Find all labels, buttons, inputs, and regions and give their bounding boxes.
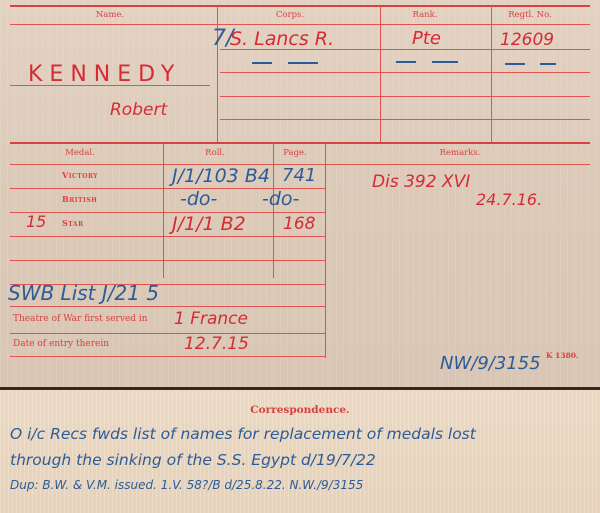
row-line-2 [220,72,590,73]
page-victory: 741 [282,165,316,186]
medal-star-label: Star [62,218,84,228]
medal-section-border [10,142,590,144]
remarks-line-2: 24.7.16. [476,190,542,209]
theatre-value: 1 France [174,309,248,329]
correspondence-line-1: O i/c Recs fwds list of names for replac… [10,425,476,443]
header-remarks: Remarks. [330,148,590,158]
corps-value: S. Lancs R. [230,28,334,50]
header-page: Page. [270,148,320,158]
header-regt-no: Regtl. No. [485,10,575,20]
rank-value: Pte [412,28,441,49]
medal-british-label: British [62,194,97,204]
ditto-mark-rank-2 [432,61,458,63]
medal-row-line-2 [10,212,325,213]
correspondence-section: Correspondence. O i/c Recs fwds list of … [0,387,600,513]
medal-star-prefix: 15 [26,212,46,231]
date-entry-value: 12.7.15 [184,334,249,354]
swb-list-note: SWB List J/21 5 [8,281,159,305]
medal-victory-label: Victory [62,170,98,180]
roll-star: J/1/1 B2 [172,213,246,235]
date-entry-label: Date of entry therein [13,339,109,349]
header-name: Name. [30,10,190,20]
forename: Robert [110,100,167,120]
row-line-4 [220,119,590,120]
page-british: -do- [262,188,299,210]
form-row-line-3 [10,356,325,357]
ditto-mark-corps-2 [288,62,318,64]
medal-row-line-4 [10,260,325,261]
reference-number: NW/9/3155 [440,353,541,374]
surname: KENNEDY [28,62,181,87]
form-row-line-2 [10,333,325,334]
roll-victory: J/1/103 B4 [172,165,270,187]
header-medal: Medal. [30,148,130,158]
correspondence-line-2: through the sinking of the S.S. Egypt d/… [10,451,376,469]
form-row-line-1 [10,306,325,307]
correspondence-title: Correspondence. [0,404,600,416]
form-number: K 1380. [546,351,579,360]
ditto-mark-rank [396,61,416,63]
divider-rank-regt [491,6,492,142]
ditto-mark-regt-2 [540,63,556,65]
top-border-line [10,5,590,7]
correspondence-line-3: Dup: B.W. & V.M. issued. 1.V. 58?/B d/25… [10,478,363,492]
roll-british: -do- [180,188,217,210]
theatre-label: Theatre of War first served in [13,314,148,324]
regt-no-value: 12609 [500,30,554,50]
ditto-mark-corps [252,62,272,64]
remarks-line-1: Dis 392 XVI [372,172,470,192]
divider-corps-rank [380,6,381,142]
ditto-mark-regt [505,63,525,65]
medal-index-card: Name. Corps. Rank. Regtl. No. KENNEDY Ro… [0,0,600,387]
divider-page-remarks [325,143,326,358]
header-underline [10,24,590,25]
header-roll: Roll. [165,148,265,158]
page-star: 168 [283,214,315,234]
medal-row-line-3 [10,236,325,237]
header-corps: Corps. [215,10,365,20]
row-line-3 [220,96,590,97]
header-rank: Rank. [380,10,470,20]
